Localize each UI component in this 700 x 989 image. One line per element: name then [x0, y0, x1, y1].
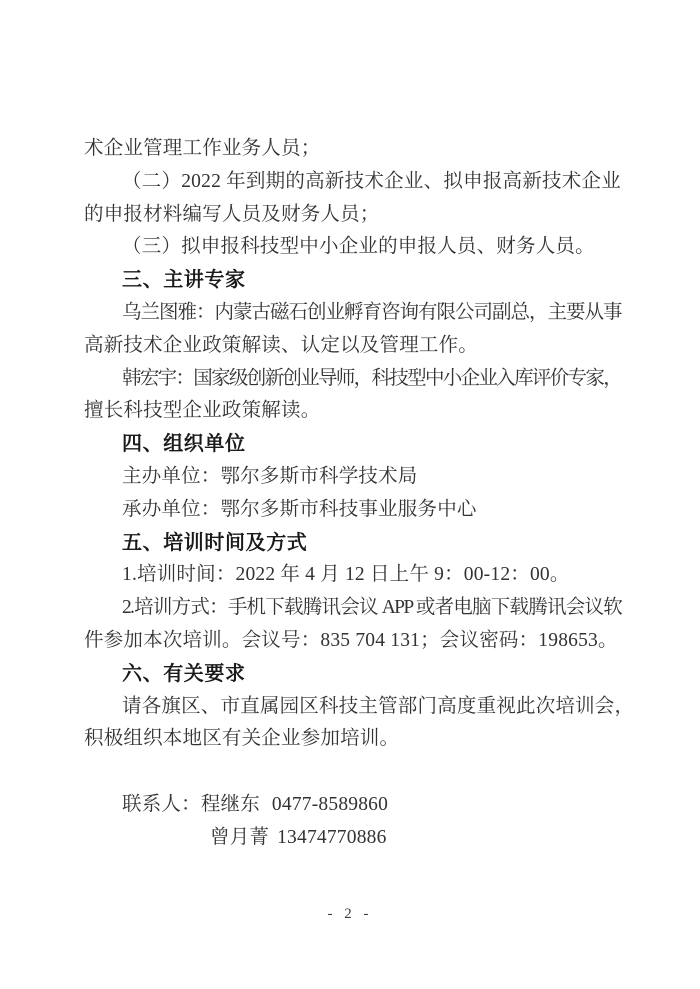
- body-line: 高新技术企业政策解读、认定以及管理工作。: [84, 330, 621, 363]
- body-line: 韩宏宇：国家级创新创业导师，科技型中小企业入库评价专家，: [84, 363, 621, 396]
- section-heading-schedule: 五、培训时间及方式: [84, 527, 621, 560]
- body-line: 擅长科技型企业政策解读。: [84, 395, 621, 428]
- contact-label: 联系人：: [122, 789, 201, 822]
- section-heading-organizers: 四、组织单位: [84, 428, 621, 461]
- contact-person-2: 曾月菁: [210, 822, 269, 855]
- page-number: - 2 -: [0, 906, 700, 923]
- body-line: （三）拟申报科技型中小企业的申报人员、财务人员。: [84, 231, 621, 264]
- body-line: （二）2022 年到期的高新技术企业、拟申报高新技术企业: [84, 166, 621, 199]
- body-line: 积极组织本地区有关企业参加培训。: [84, 723, 621, 756]
- contact-phone-1: 0477-8589860: [272, 789, 388, 822]
- body-line: 的申报材料编写人员及财务人员；: [84, 199, 621, 232]
- contact-person-1: 程继东: [201, 789, 260, 822]
- body-line: 乌兰图雅：内蒙古磁石创业孵育咨询有限公司副总，主要从事: [84, 297, 621, 330]
- contact-phone-2: 13474770886: [277, 822, 386, 855]
- section-heading-requirements: 六、有关要求: [84, 658, 621, 691]
- body-line: 术企业管理工作业务人员；: [84, 133, 621, 166]
- section-heading-experts: 三、主讲专家: [84, 264, 621, 297]
- body-line: 1.培训时间：2022 年 4 月 12 日上午 9：00-12：00。: [84, 559, 621, 592]
- document-page: 术企业管理工作业务人员； （二）2022 年到期的高新技术企业、拟申报高新技术企…: [0, 0, 700, 989]
- blank-line: [84, 756, 621, 789]
- contact-line-2: 曾月菁13474770886: [84, 822, 621, 855]
- document-body: 术企业管理工作业务人员； （二）2022 年到期的高新技术企业、拟申报高新技术企…: [84, 133, 621, 855]
- body-line: 件参加本次培训。会议号：835 704 131；会议密码：198653。: [84, 625, 621, 658]
- contact-line-1: 联系人：程继东0477-8589860: [84, 789, 621, 822]
- body-line: 承办单位：鄂尔多斯市科技事业服务中心: [84, 494, 621, 527]
- body-line: 2.培训方式：手机下载腾讯会议 APP 或者电脑下载腾讯会议软: [84, 592, 621, 625]
- body-line: 主办单位：鄂尔多斯市科学技术局: [84, 461, 621, 494]
- body-line: 请各旗区、市直属园区科技主管部门高度重视此次培训会，: [84, 691, 621, 724]
